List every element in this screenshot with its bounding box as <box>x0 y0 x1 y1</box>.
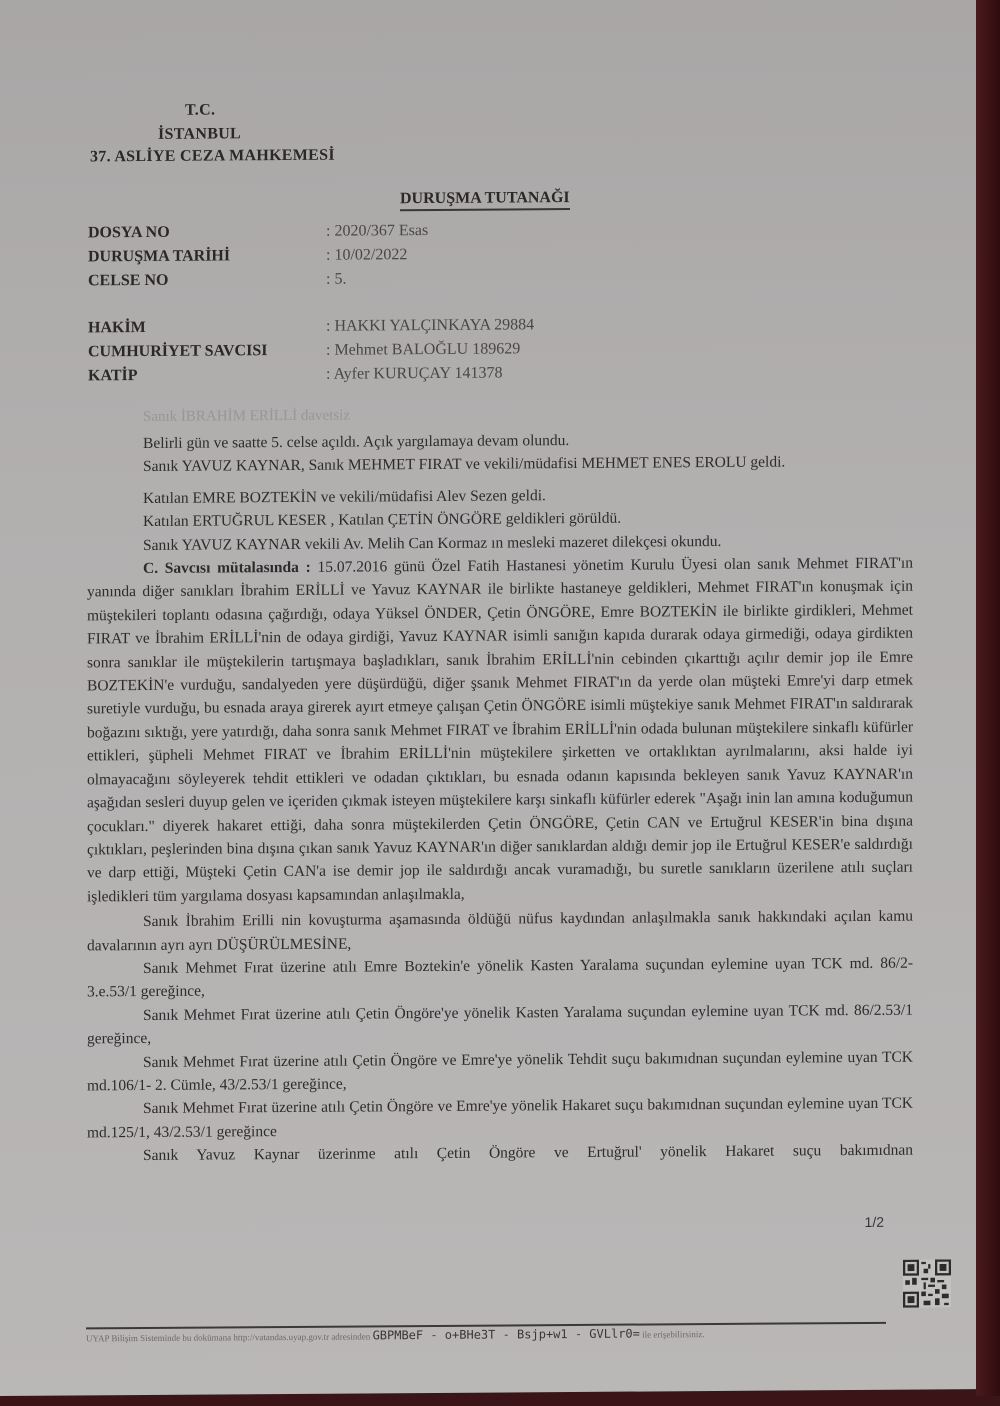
document-page: T.C. İSTANBUL 37. ASLİYE CEZA MAHKEMESİ … <box>0 0 978 1396</box>
paragraph-defendants: Sanık YAVUZ KAYNAR, Sanık MEHMET FIRAT v… <box>87 450 913 479</box>
meta-label: KATİP <box>88 366 326 386</box>
footer-notice: UYAP Bilişim Sisteminde bu dokümana http… <box>86 1331 370 1343</box>
meta-label: CELSE NO <box>88 271 326 291</box>
meta-judge: HAKİM: HAKKI YALÇINKAYA 29884 <box>88 316 534 337</box>
meta-label: HAKİM <box>88 318 326 338</box>
qr-code-icon <box>903 1259 951 1307</box>
header-city: İSTANBUL <box>158 125 241 144</box>
page-number: 1/2 <box>865 1214 884 1230</box>
meta-value: : 10/02/2022 <box>326 246 407 265</box>
request-item: Sanık Mehmet Fırat üzerine atılı Çetin Ö… <box>87 1045 913 1098</box>
background-border-bottom <box>0 1396 1000 1406</box>
meta-value: : HAKKI YALÇINKAYA 29884 <box>326 316 534 335</box>
request-item: Sanık Mehmet Fırat üzerine atılı Çetin Ö… <box>87 998 913 1051</box>
meta-value: : Mehmet BALOĞLU 189629 <box>326 340 520 359</box>
header-tc: T.C. <box>185 101 215 119</box>
struck-line: Sanık İBRAHİM ERİLLİ davetsiz <box>143 408 350 426</box>
meta-label: DURUŞMA TARİHİ <box>88 247 326 267</box>
meta-value: : 2020/367 Esas <box>326 222 428 241</box>
header-court: 37. ASLİYE CEZA MAHKEMESİ <box>90 147 335 167</box>
meta-value: : 5. <box>326 271 346 289</box>
verification-code: GBPMBeF - o+BHe3T - Bsjp+w1 - GVLlr0= <box>373 1327 640 1343</box>
meta-hearing-date: DURUŞMA TARİHİ: 10/02/2022 <box>88 246 407 266</box>
request-item: Sanık Mehmet Fırat üzerine atılı Çetin Ö… <box>87 1092 913 1145</box>
meta-session-no: CELSE NO: 5. <box>88 271 346 291</box>
meta-file-no: DOSYA NO: 2020/367 Esas <box>88 222 428 242</box>
prosecutor-opinion-lead: C. Savcısı mütalasında : <box>143 559 311 577</box>
document-title: DURUŞMA TUTANAĞI <box>400 189 570 211</box>
request-item: Sanık Mehmet Fırat üzerine atılı Emre Bo… <box>87 952 913 1005</box>
meta-prosecutor: CUMHURİYET SAVCISI: Mehmet BALOĞLU 18962… <box>88 340 520 361</box>
request-item: Sanık Yavuz Kaynar üzerinme atılı Çetin … <box>87 1139 913 1168</box>
footer-verification: UYAP Bilişim Sisteminde bu dokümana http… <box>86 1326 705 1344</box>
minutes-body: Belirli gün ve saatte 5. celse açıldı. A… <box>87 427 913 1168</box>
footer-suffix: ile erişebilirsiniz. <box>642 1329 704 1339</box>
request-dismissal: Sanık İbrahim Erilli nin kovuşturma aşam… <box>87 905 913 958</box>
meta-clerk: KATİP: Ayfer KURUÇAY 141378 <box>88 364 502 385</box>
meta-label: DOSYA NO <box>88 223 326 243</box>
meta-value: : Ayfer KURUÇAY 141378 <box>326 364 502 383</box>
background-border-right <box>976 0 1000 1406</box>
meta-label: CUMHURİYET SAVCISI <box>88 342 326 362</box>
prosecutor-opinion: C. Savcısı mütalasında : 15.07.2016 günü… <box>87 552 913 909</box>
prosecutor-opinion-text: 15.07.2016 günü Özel Fatih Hastanesi yön… <box>87 555 913 905</box>
